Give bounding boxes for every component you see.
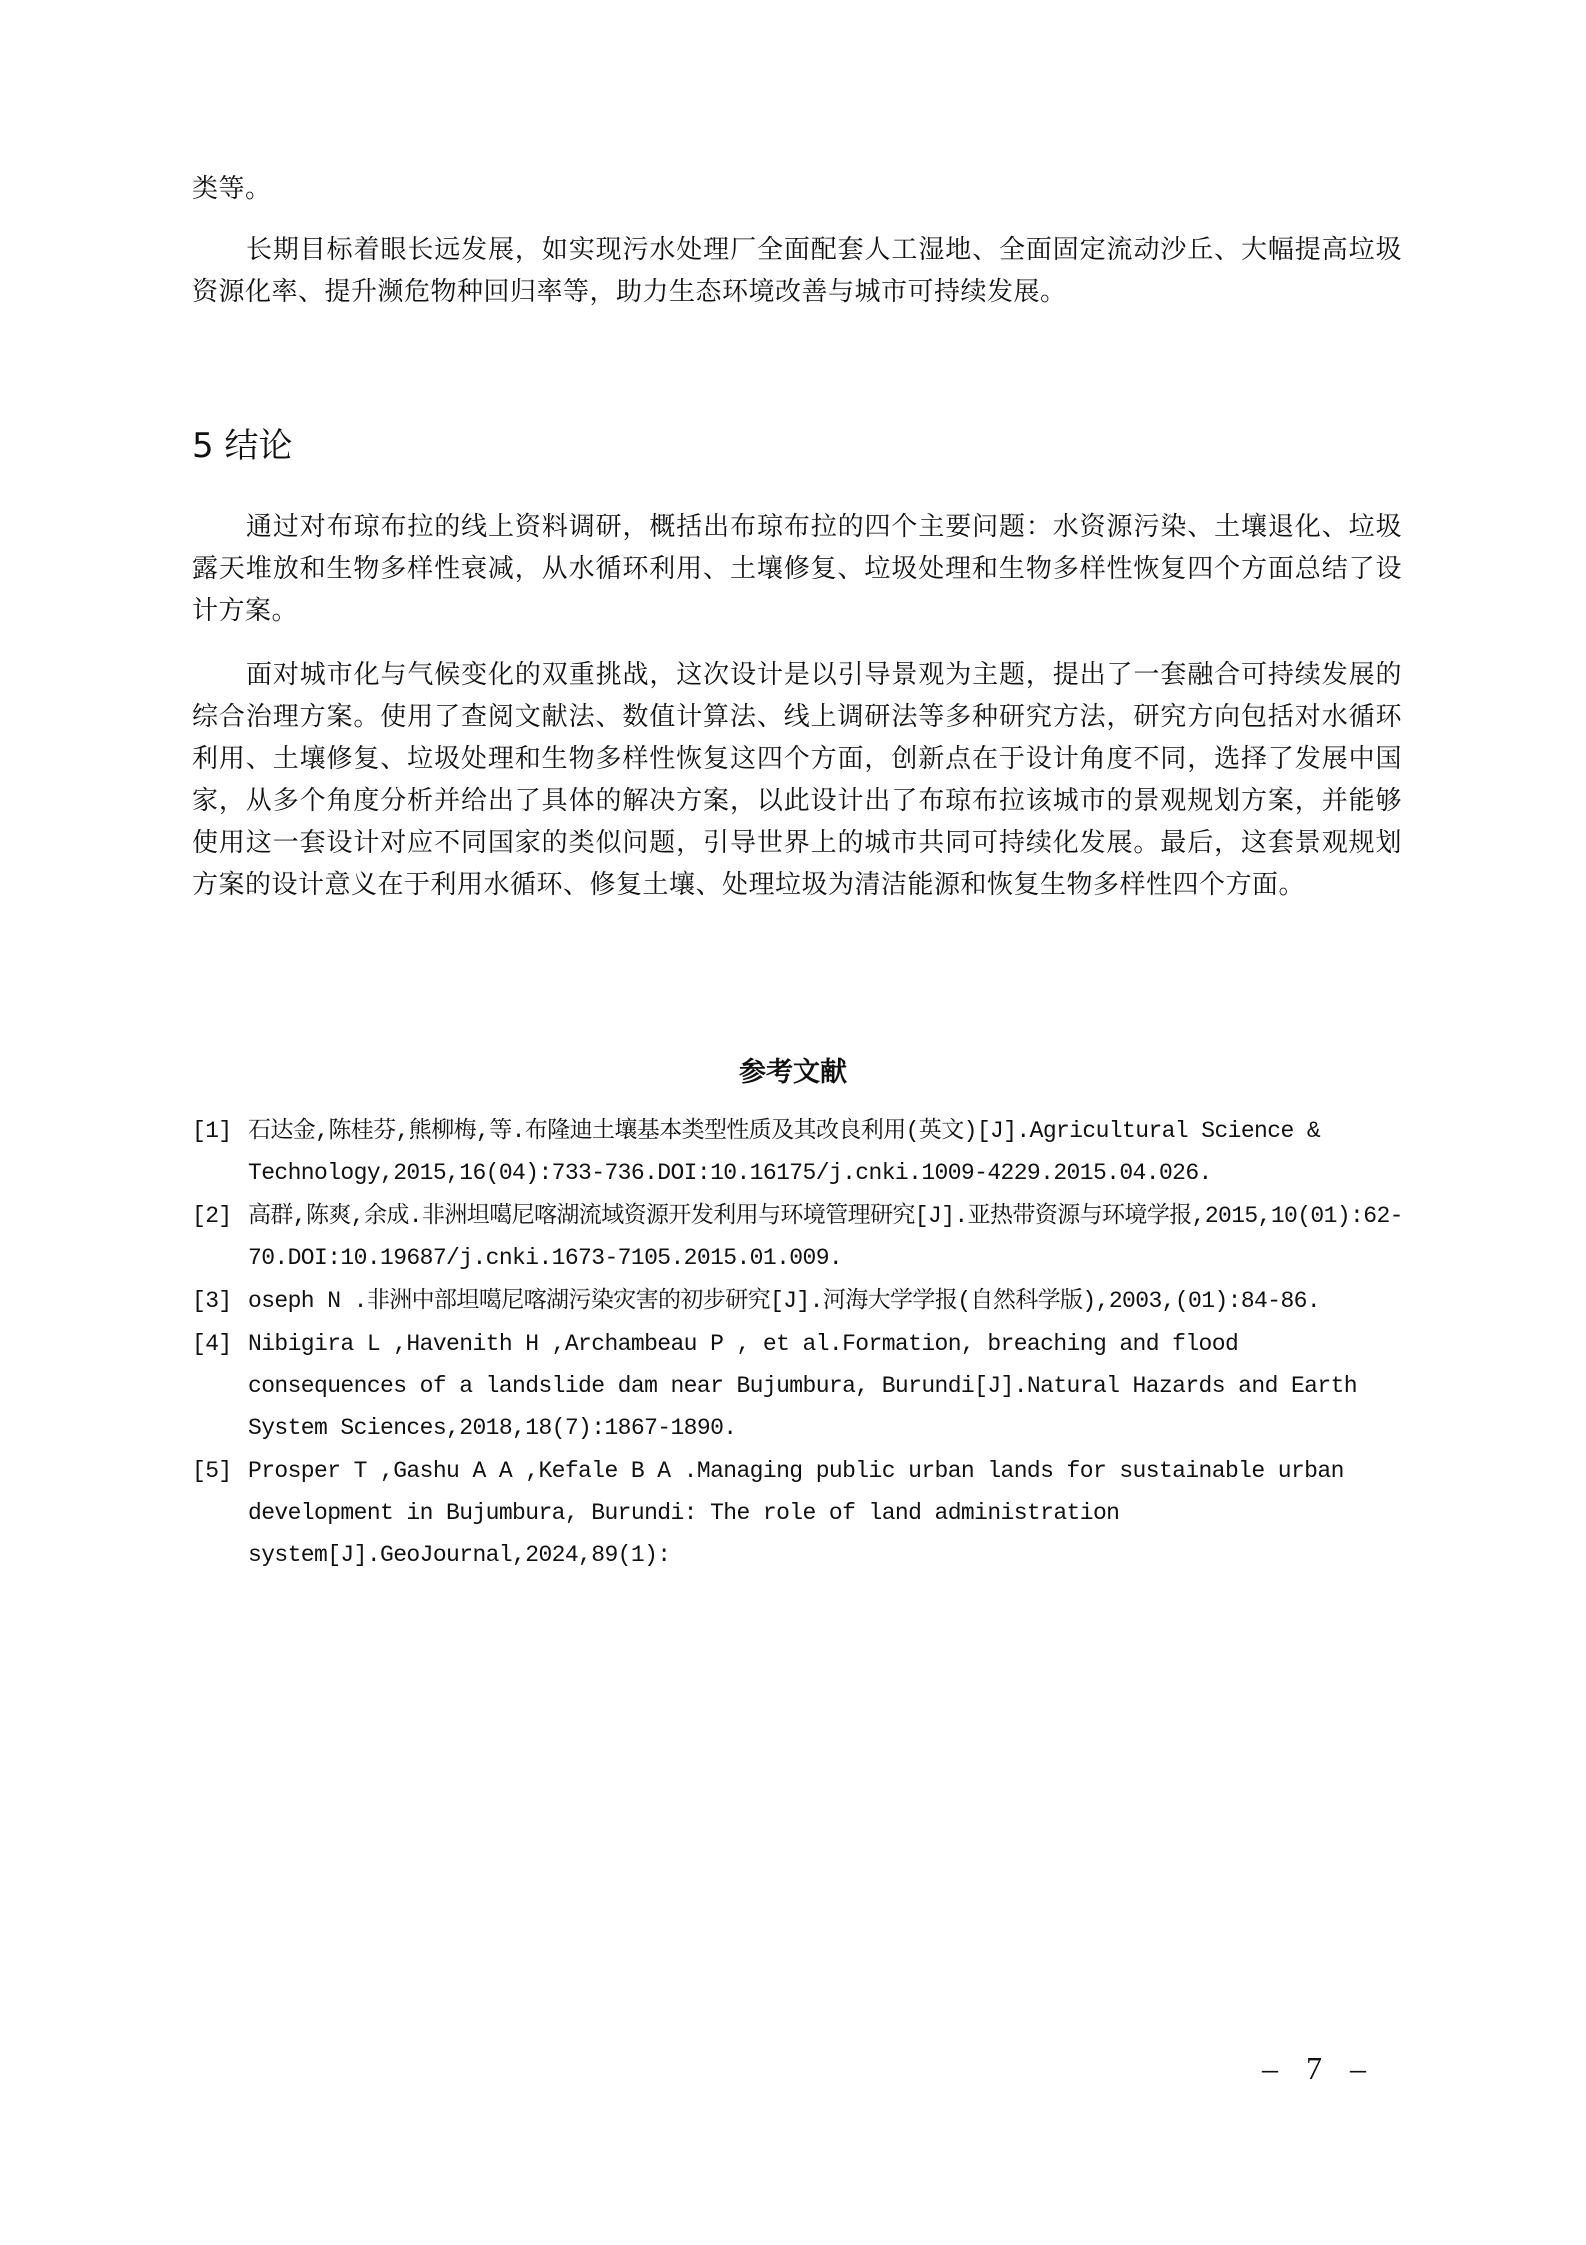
conclusion-paragraph-2: 面对城市化与气候变化的双重挑战，这次设计是以引导景观为主题，提出了一套融合可持续… xyxy=(192,654,1402,906)
section-heading-conclusion: 5 结论 xyxy=(192,418,292,467)
reference-list: [1] 石达金,陈桂芬,熊柳梅,等.布隆迪土壤基本类型性质及其改良利用(英文)[… xyxy=(192,1110,1407,1577)
reference-item-2: [2] 高群,陈爽,余成.非洲坦噶尼喀湖流域资源开发利用与环境管理研究[J].亚… xyxy=(192,1195,1407,1279)
page-number: – 7 – xyxy=(1262,2050,1376,2087)
reference-number: [3] xyxy=(192,1280,232,1322)
reference-text: Nibigira L ,Havenith H ,Archambeau P , e… xyxy=(248,1331,1357,1441)
paragraph-continuation: 类等。 xyxy=(192,168,1402,210)
references-title: 参考文献 xyxy=(0,1050,1586,1089)
reference-text: oseph N .非洲中部坦噶尼喀湖污染灾害的初步研究[J].河海大学学报(自然… xyxy=(248,1288,1320,1314)
paragraph-long-term-goals: 长期目标着眼长远发展，如实现污水处理厂全面配套人工湿地、全面固定流动沙丘、大幅提… xyxy=(192,229,1402,313)
reference-number: [4] xyxy=(192,1323,232,1365)
reference-number: [2] xyxy=(192,1195,232,1237)
reference-item-5: [5] Prosper T ,Gashu A A ,Kefale B A .Ma… xyxy=(192,1450,1407,1576)
document-page: 类等。 长期目标着眼长远发展，如实现污水处理厂全面配套人工湿地、全面固定流动沙丘… xyxy=(0,0,1586,2245)
reference-text: Prosper T ,Gashu A A ,Kefale B A .Managi… xyxy=(248,1458,1344,1568)
reference-number: [5] xyxy=(192,1450,232,1492)
reference-text: 高群,陈爽,余成.非洲坦噶尼喀湖流域资源开发利用与环境管理研究[J].亚热带资源… xyxy=(248,1203,1403,1271)
reference-number: [1] xyxy=(192,1110,232,1152)
reference-item-1: [1] 石达金,陈桂芬,熊柳梅,等.布隆迪土壤基本类型性质及其改良利用(英文)[… xyxy=(192,1110,1407,1194)
reference-item-3: [3] oseph N .非洲中部坦噶尼喀湖污染灾害的初步研究[J].河海大学学… xyxy=(192,1280,1407,1322)
conclusion-paragraph-1: 通过对布琼布拉的线上资料调研，概括出布琼布拉的四个主要问题：水资源污染、土壤退化… xyxy=(192,506,1402,632)
reference-item-4: [4] Nibigira L ,Havenith H ,Archambeau P… xyxy=(192,1323,1407,1449)
reference-text: 石达金,陈桂芬,熊柳梅,等.布隆迪土壤基本类型性质及其改良利用(英文)[J].A… xyxy=(248,1118,1320,1186)
